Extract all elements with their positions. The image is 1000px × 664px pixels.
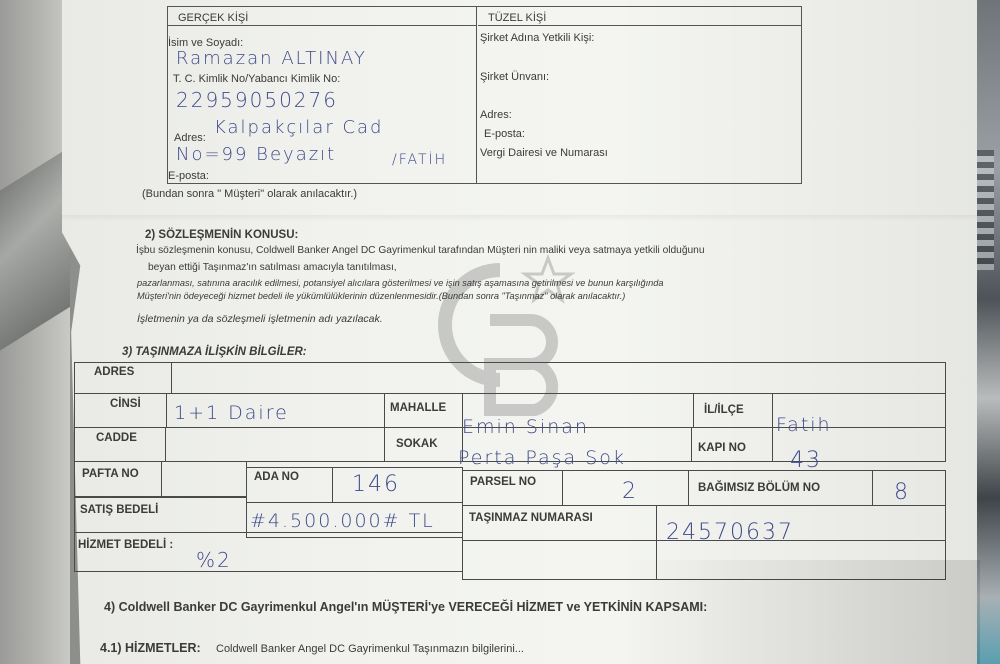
section-3-title: 3) TAŞINMAZA İLİŞKİN BİLGİLER: [122, 346, 307, 358]
cell-cadde-value[interactable] [165, 427, 385, 462]
id-label: T. C. Kimlik No/Yabancı Kimlik No: [173, 73, 340, 85]
id-value[interactable]: 22959050276 [176, 88, 338, 112]
sokak-label: SOKAK [396, 438, 438, 450]
bagimsiz-bolum-no-label: BAĞIMSIZ BÖLÜM NO [698, 482, 820, 494]
adres-label: ADRES [94, 366, 134, 378]
property-info-table: ADRES CİNSİ 1+1 Daire MAHALLE Emin Sinan… [74, 362, 946, 590]
email-label: E-posta: [168, 170, 209, 182]
cinsi-value[interactable]: 1+1 Daire [174, 402, 289, 424]
cadde-label: CADDE [96, 432, 137, 444]
section-2-line-4: Müşteri'nin ödeyeceği hizmet bedeli ile … [137, 291, 625, 301]
hizmet-bedeli-value[interactable]: %2 [196, 548, 232, 572]
section-2-line-2: beyan ettiği Taşınmaz'ın satılması amacı… [148, 262, 397, 273]
satis-bedeli-value[interactable]: #4.500.000# TL [250, 510, 435, 532]
kapi-no-label: KAPI NO [698, 442, 746, 454]
section-2-line-5: İşletmenin ya da sözleşmeli işletmenin a… [137, 313, 383, 325]
authorized-person-label: Şirket Adına Yetkili Kişi: [480, 32, 594, 44]
sokak-value[interactable]: Perta Paşa Sok [458, 447, 626, 469]
address-suffix[interactable]: /FATİH [392, 152, 447, 168]
tax-office-label: Vergi Dairesi ve Numarası [480, 147, 608, 159]
hizmet-bedeli-label: HİZMET BEDELİ : [78, 539, 173, 551]
photo-shadow [620, 560, 980, 664]
cinsi-label: CİNSİ [110, 398, 141, 410]
cell-adres-value[interactable] [171, 362, 946, 394]
background-left [0, 0, 70, 664]
bagimsiz-bolum-no-value[interactable]: 8 [894, 480, 910, 505]
section-2-title: 2) SÖZLEŞMENİN KONUSU: [145, 229, 298, 241]
parsel-no-label: PARSEL NO [470, 476, 536, 488]
mahalle-label: MAHALLE [390, 402, 446, 414]
section-4-1-text: Coldwell Banker Angel DC Gayrimenkul Taş… [216, 643, 524, 655]
cell-pafta-value[interactable] [161, 461, 247, 497]
il-ilce-label: İL/İLÇE [704, 404, 744, 416]
address-label: Adres: [174, 132, 206, 144]
section-2-line-3: pazarlanması, satınına aracılık edilmesi… [137, 278, 663, 288]
cell-hizmet[interactable] [74, 532, 463, 572]
customer-note: (Bundan sonra " Müşteri" olarak anılacak… [142, 188, 357, 200]
parsel-no-value[interactable]: 2 [622, 479, 638, 504]
corporate-header: TÜZEL KİŞİ [478, 7, 801, 26]
company-title-label: Şirket Ünvanı: [480, 71, 549, 83]
address-line-2[interactable]: No=99 Beyazıt [176, 144, 336, 165]
tasinmaz-numarasi-label: TAŞINMAZ NUMARASI [469, 512, 593, 524]
ada-no-label: ADA NO [254, 471, 299, 483]
corporate-address-label: Adres: [480, 109, 512, 121]
section-4-1-title: 4.1) HİZMETLER: [100, 641, 201, 655]
name-value[interactable]: Ramazan ALTINAY [176, 48, 367, 69]
ada-no-value[interactable]: 146 [352, 472, 400, 497]
corporate-email-label: E-posta: [484, 128, 525, 140]
address-line-1[interactable]: Kalpakçılar Cad [214, 117, 383, 138]
satis-bedeli-label: SATIŞ BEDELİ [80, 504, 158, 516]
section-4-title: 4) Coldwell Banker DC Gayrimenkul Angel'… [104, 600, 707, 614]
pafta-no-label: PAFTA NO [82, 468, 139, 480]
individual-header: GERÇEK KİŞİ [168, 7, 476, 26]
section-2-line-1: İşbu sözleşmenin konusu, Coldwell Banker… [136, 245, 705, 256]
